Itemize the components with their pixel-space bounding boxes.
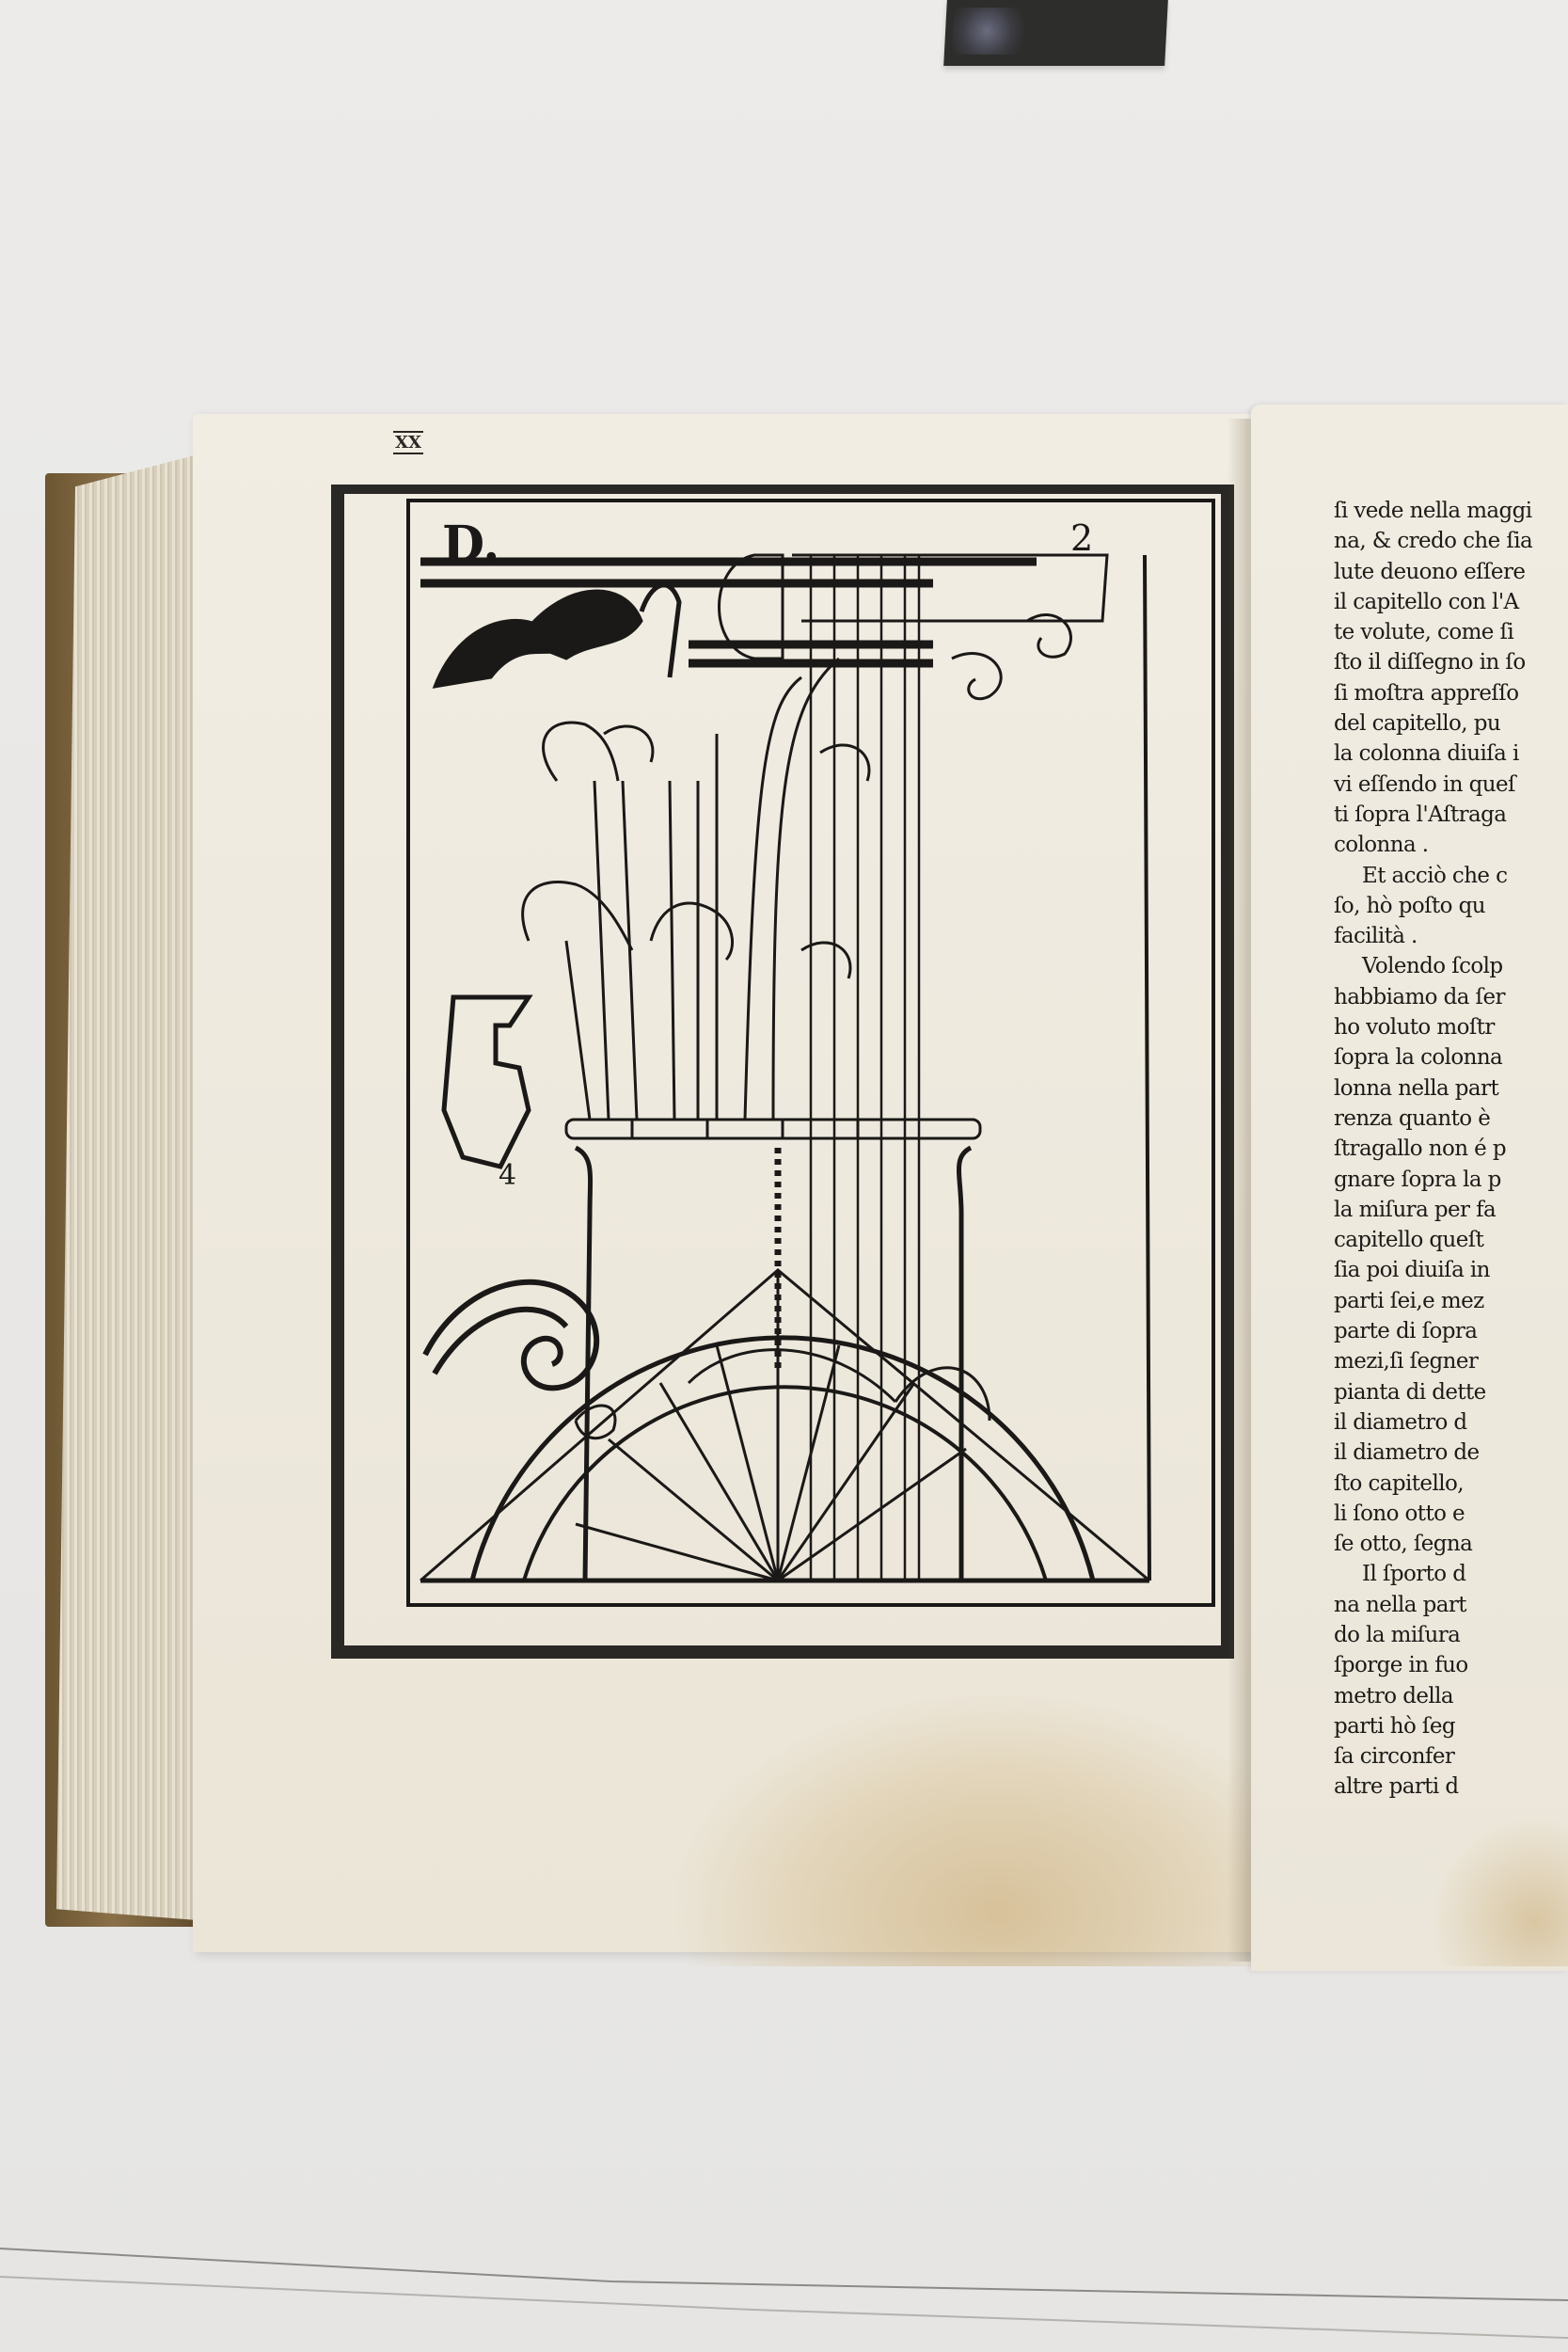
text-line: renza quanto è <box>1334 1104 1568 1134</box>
text-line: li ſono otto e <box>1334 1499 1568 1529</box>
black-object-top <box>943 0 1168 66</box>
text-line: ſto capitello, <box>1334 1469 1568 1499</box>
text-line: ho voluto moſtr <box>1334 1012 1568 1042</box>
figure-number: 4 <box>499 1159 516 1192</box>
text-line: gnare ſopra la p <box>1334 1165 1568 1195</box>
text-line: parti hò ſeg <box>1334 1711 1568 1741</box>
text-line: ſporge in fuo <box>1334 1650 1568 1680</box>
woodcut-illustration <box>406 499 1215 1607</box>
text-line: habbiamo da ſer <box>1334 982 1568 1012</box>
ionic-capital-icon <box>720 555 1108 1120</box>
text-line: parte di ſopra <box>1334 1316 1568 1346</box>
text-line: pianta di dette <box>1334 1377 1568 1407</box>
text-line: ti ſopra l'Aſtraga <box>1334 800 1568 830</box>
text-line: lute deuono eſſere <box>1334 557 1568 587</box>
text-line: ſi moſtra appreſſo <box>1334 678 1568 708</box>
text-line: parti ſei,e mez <box>1334 1286 1568 1316</box>
text-line: ſo, hò poſto qu <box>1334 891 1568 921</box>
text-line: ſe otto, ſegna <box>1334 1529 1568 1559</box>
text-line: lonna nella part <box>1334 1073 1568 1104</box>
text-line: metro della <box>1334 1681 1568 1711</box>
text-line: vi eſſendo in queſ <box>1334 770 1568 800</box>
text-line: mezi,ſi ſegner <box>1334 1346 1568 1376</box>
text-line: il capitello con l'A <box>1334 587 1568 617</box>
text-line: te volute, come ſi <box>1334 617 1568 647</box>
volute-spiral-icon <box>425 1282 596 1389</box>
text-line: del capitello, pu <box>1334 708 1568 739</box>
corinthian-capital-icon <box>435 585 733 1120</box>
text-line: la colonna diuiſa i <box>1334 739 1568 769</box>
text-line: il diametro d <box>1334 1407 1568 1438</box>
text-line: altre parti d <box>1334 1772 1568 1802</box>
text-line: capitello queſt <box>1334 1225 1568 1255</box>
text-line: ſa circonfer <box>1334 1741 1568 1772</box>
abacus-detail-icon <box>444 997 529 1167</box>
text-line: Volendo ſcolp <box>1334 951 1568 981</box>
plate-letter: D. <box>442 516 499 573</box>
text-line: ſi vede nella maggi <box>1334 496 1568 526</box>
text-line: na nella part <box>1334 1590 1568 1620</box>
text-line: ſto il diſſegno in ſo <box>1334 647 1568 677</box>
water-stain <box>677 1693 1260 1966</box>
text-line: ſtragallo non é p <box>1334 1134 1568 1164</box>
text-line: Et acciò che c <box>1334 861 1568 891</box>
text-line: na, & credo che ſia <box>1334 526 1568 556</box>
text-line: ſopra la colonna <box>1334 1042 1568 1073</box>
table-edge <box>0 2065 1568 2352</box>
fluted-shaft <box>811 555 919 1581</box>
right-water-stain <box>1430 1816 1568 1966</box>
plate-number: 2 <box>1070 517 1093 559</box>
text-line: Il ſporto d <box>1334 1559 1568 1589</box>
text-line: do la miſura <box>1334 1620 1568 1650</box>
right-page-text: ſi vede nella maggi na, & credo che ſia … <box>1334 496 1568 1803</box>
signature-mark: XX <box>393 431 423 454</box>
text-line: colonna . <box>1334 830 1568 860</box>
text-line: il diametro de <box>1334 1438 1568 1468</box>
text-line: ſia poi diuiſa in <box>1334 1255 1568 1285</box>
text-line: facilità . <box>1334 921 1568 951</box>
plan-construction-icon <box>420 1270 1149 1581</box>
text-line: la miſura per fa <box>1334 1195 1568 1225</box>
